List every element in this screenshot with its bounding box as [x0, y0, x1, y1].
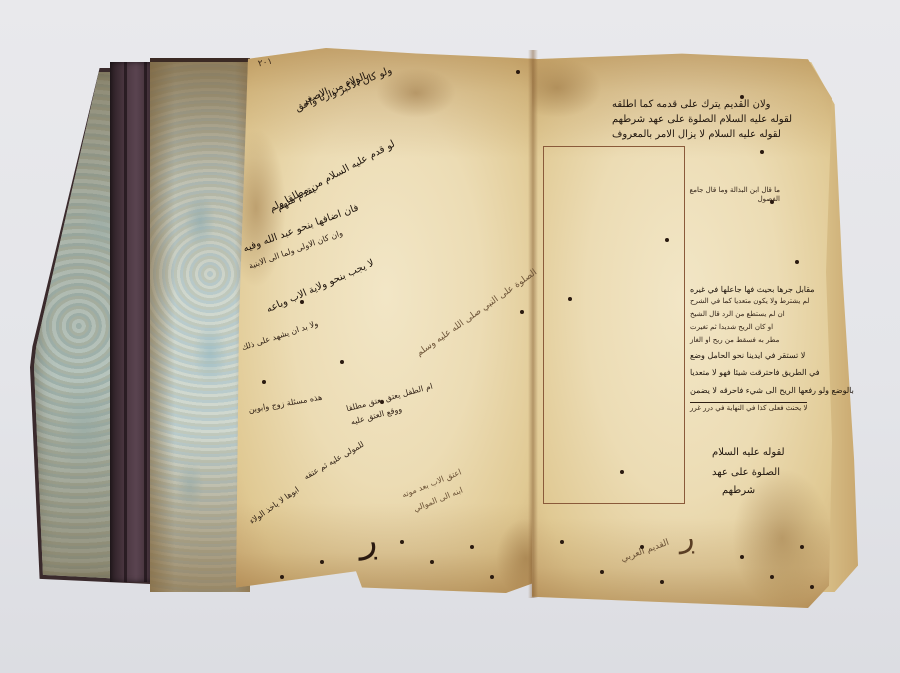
spine-ridge — [124, 62, 127, 582]
lower-note: شرطهم — [722, 484, 755, 497]
wormhole — [795, 260, 799, 264]
header-line: لقوله عليه السلام لا يزال الامر بالمعروف — [612, 128, 781, 141]
marbled-endpaper — [150, 62, 250, 592]
wormhole — [560, 540, 564, 544]
commentary-line: مقابل جرها بحيث فها جاعلها في غيره — [690, 283, 815, 296]
wormhole — [568, 297, 572, 301]
wormhole — [620, 470, 624, 474]
wormhole — [400, 540, 404, 544]
lower-note: الصلوة على عهد — [712, 466, 780, 479]
wormhole — [320, 560, 324, 564]
wormhole — [280, 575, 284, 579]
commentary-line: لا يحنث فعلى كذا في النهاية في درر غرر — [690, 402, 807, 414]
wormhole — [516, 70, 520, 74]
wormhole — [660, 580, 664, 584]
ink-mark-icon: ڔ — [360, 520, 379, 561]
text-block-frame — [543, 146, 685, 504]
wormhole — [300, 300, 304, 304]
wormhole — [770, 200, 774, 204]
water-stain — [236, 503, 536, 593]
wormhole — [262, 380, 266, 384]
wormhole — [760, 150, 764, 154]
side-heading: ما قال ابن البذالة وما قال جامع الفصول — [685, 186, 780, 204]
header-line: لقوله عليه السلام الصلوة على عهد شرطهم — [612, 113, 792, 126]
wormhole — [810, 585, 814, 589]
wormhole — [340, 360, 344, 364]
wormhole — [770, 575, 774, 579]
commentary-line: مطر به فسقط من ريح او الغاز — [690, 335, 779, 346]
manuscript-photo: ٢٠١ ولو كان الاكبر وارثا واحق بالولاء من… — [0, 0, 900, 673]
commentary-line: لم يشترط ولا يكون متعديا كما في الشرح — [690, 296, 809, 307]
commentary-line: بالوضع ولو رفعها الريح الى شيء فاحرقه لا… — [690, 384, 854, 397]
lower-note: لقوله عليه السلام — [712, 446, 785, 459]
wormhole — [665, 238, 669, 242]
gutter-fold — [528, 50, 538, 598]
ink-mark-icon: ڔ — [680, 520, 696, 555]
commentary-line: لا تستقر في ايدينا نحو الحامل وضع — [690, 349, 805, 362]
wormhole — [380, 400, 384, 404]
header-line: ولان القديم يترك على قدمه كما اطلقه — [612, 98, 771, 111]
wormhole — [490, 575, 494, 579]
wormhole — [640, 545, 644, 549]
spine-ridge — [144, 62, 147, 582]
wormhole — [740, 95, 744, 99]
wormhole — [740, 555, 744, 559]
wormhole — [470, 545, 474, 549]
wormhole — [800, 545, 804, 549]
wormhole — [520, 310, 524, 314]
left-page — [236, 48, 536, 593]
commentary-line: او كان الريح شديدا ثم تغيرت — [690, 322, 773, 333]
wormhole — [600, 570, 604, 574]
commentary-line: ان لم يستطع من الرد قال الشيخ — [690, 309, 785, 320]
commentary-line: في الطريق فاحترقت شيئا فهو لا متعديا — [690, 366, 820, 379]
wormhole — [430, 560, 434, 564]
